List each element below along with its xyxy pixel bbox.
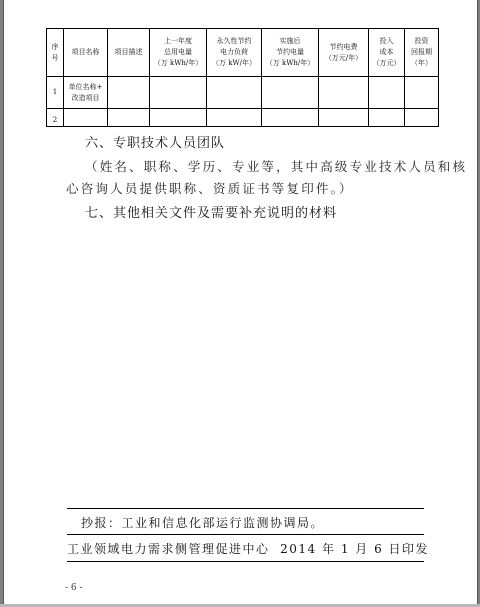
table-header-row: 序号 项目名称 项目描述 上一年度 总用电量 （万 kWh/年） 永久性节约 电… — [47, 29, 439, 77]
cc-line: 抄报：工业和信息化部运行监测协调局。 — [81, 514, 324, 531]
page-number: - 6 - — [65, 583, 83, 593]
cell — [262, 77, 319, 109]
project-table: 序号 项目名称 项目描述 上一年度 总用电量 （万 kWh/年） 永久性节约 电… — [46, 28, 439, 127]
document-page: 序号 项目名称 项目描述 上一年度 总用电量 （万 kWh/年） 永久性节约 电… — [3, 0, 478, 604]
cell — [150, 77, 207, 109]
table-row: 2 — [47, 109, 439, 127]
cell — [108, 77, 150, 109]
cell — [207, 77, 262, 109]
issuer-line: 工业领域电力需求侧管理促进中心 2014 年 1 月 6 日印发 — [67, 540, 429, 557]
cell — [405, 77, 439, 109]
section-6-title: 六、专职技术人员团队 — [85, 132, 225, 151]
section-7-title: 七、其他相关文件及需要补充说明的材料 — [85, 202, 337, 221]
header-last-year-usage: 上一年度 总用电量 （万 kWh/年） — [150, 29, 207, 77]
header-energy-saved: 实施后 节约电量 （万 kWh/年） — [262, 29, 319, 77]
section-6-body-line1: （姓名、职称、学历、专业等，其中高级专业技术人员和核 — [85, 157, 467, 175]
header-payback: 投资 回报期 （年） — [405, 29, 439, 77]
cell — [405, 109, 439, 127]
header-project-name: 项目名称 — [64, 29, 108, 77]
header-cost-saved: 节约电费 （万元/年） — [319, 29, 369, 77]
cell — [369, 77, 405, 109]
cell — [369, 109, 405, 127]
table-row: 1 单位名称+ 改造项目 — [47, 77, 439, 109]
section-6-body-line2: 心咨询人员提供职称、资质证书等复印件。） — [66, 179, 354, 197]
header-investment: 投入 成本 （万元） — [369, 29, 405, 77]
cell — [319, 109, 369, 127]
header-project-desc: 项目描述 — [108, 29, 150, 77]
divider — [67, 508, 424, 509]
divider — [67, 561, 424, 562]
cell — [108, 109, 150, 127]
header-seq: 序号 — [47, 29, 64, 77]
cell-seq: 1 — [47, 77, 64, 109]
cell — [262, 109, 319, 127]
cell-seq: 2 — [47, 109, 64, 127]
cell — [207, 109, 262, 127]
issue-date: 2014 年 1 月 6 日印发 — [280, 542, 429, 556]
cell — [319, 77, 369, 109]
issuer-name: 工业领域电力需求侧管理促进中心 — [67, 542, 270, 556]
cell-project-name: 单位名称+ 改造项目 — [64, 77, 108, 109]
divider — [67, 534, 424, 535]
cell — [64, 109, 108, 127]
header-permanent-load-saving: 永久性节约 电力负荷 （万 kW/年） — [207, 29, 262, 77]
cell — [150, 109, 207, 127]
